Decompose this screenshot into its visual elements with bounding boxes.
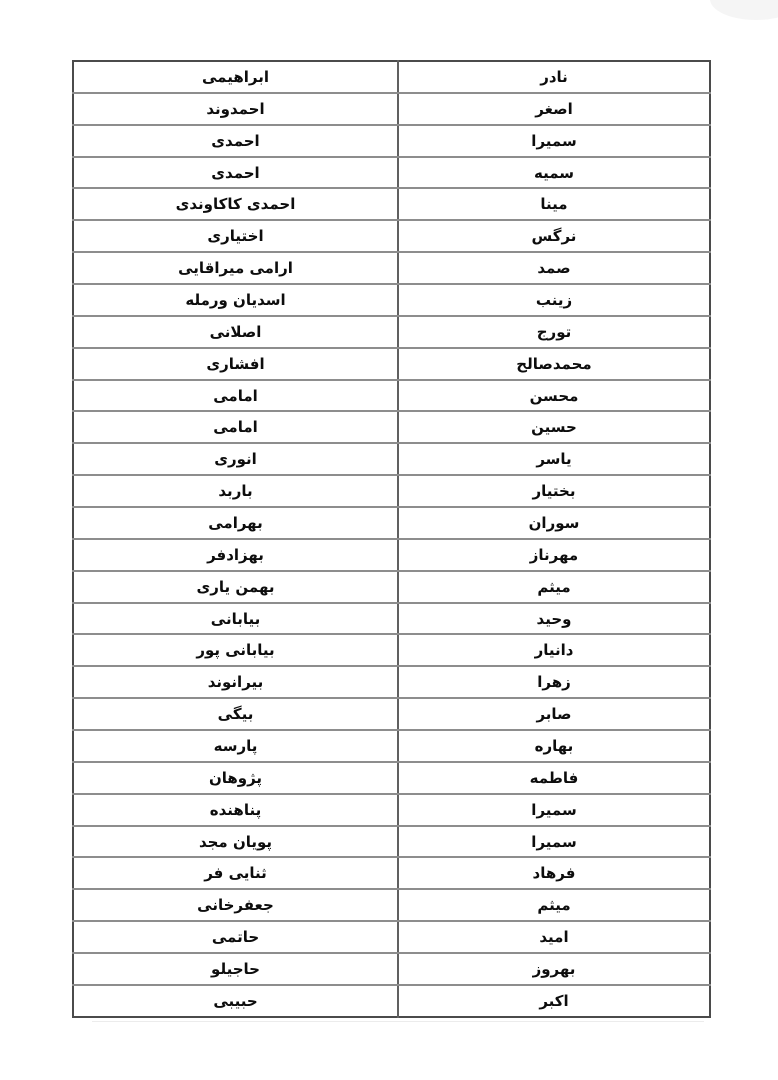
table-row: سمیراپویان مجد	[73, 826, 710, 858]
first-name-cell: حسین	[398, 411, 710, 443]
first-name-cell: میثم	[398, 889, 710, 921]
first-name-cell: مهرناز	[398, 539, 710, 571]
last-name-cell: پژوهان	[73, 762, 398, 794]
table-row: یاسرانوری	[73, 443, 710, 475]
table-row: امیدحاتمی	[73, 921, 710, 953]
first-name-cell: نرگس	[398, 220, 710, 252]
last-name-cell: پناهنده	[73, 794, 398, 826]
last-name-cell: امامی	[73, 380, 398, 412]
first-name-cell: محسن	[398, 380, 710, 412]
last-name-cell: افشاری	[73, 348, 398, 380]
first-name-cell: محمدصالح	[398, 348, 710, 380]
last-name-cell: بهمن یاری	[73, 571, 398, 603]
first-name-cell: زینب	[398, 284, 710, 316]
first-name-cell: فاطمه	[398, 762, 710, 794]
first-name-cell: بهاره	[398, 730, 710, 762]
last-name-cell: بهزادفر	[73, 539, 398, 571]
first-name-cell: سمیرا	[398, 794, 710, 826]
document-page: { "page": { "direction": "rtl", "languag…	[0, 0, 778, 1080]
last-name-cell: بیرانوند	[73, 666, 398, 698]
first-name-cell: دانیار	[398, 634, 710, 666]
table-row: حسینامامی	[73, 411, 710, 443]
table-row: فرهادثنایی فر	[73, 857, 710, 889]
last-name-cell: انوری	[73, 443, 398, 475]
first-name-cell: اصغر	[398, 93, 710, 125]
last-name-cell: ارامی میراقایی	[73, 252, 398, 284]
table-row: محسنامامی	[73, 380, 710, 412]
last-name-cell: اختیاری	[73, 220, 398, 252]
last-name-cell: بیابانی	[73, 603, 398, 635]
last-name-cell: احمدی	[73, 157, 398, 189]
first-name-cell: اکبر	[398, 985, 710, 1017]
table-row: اصغراحمدوند	[73, 93, 710, 125]
last-name-cell: باربد	[73, 475, 398, 507]
last-name-cell: بیگی	[73, 698, 398, 730]
table-row: وحیدبیابانی	[73, 603, 710, 635]
table-row: زهرابیرانوند	[73, 666, 710, 698]
table-row: نرگساختیاری	[73, 220, 710, 252]
last-name-cell: احمدی کاکاوندی	[73, 188, 398, 220]
last-name-cell: احمدی	[73, 125, 398, 157]
first-name-cell: مینا	[398, 188, 710, 220]
first-name-cell: وحید	[398, 603, 710, 635]
last-name-cell: حاجیلو	[73, 953, 398, 985]
first-name-cell: سمیه	[398, 157, 710, 189]
table-row: صابربیگی	[73, 698, 710, 730]
table-row: تورجاصلانی	[73, 316, 710, 348]
last-name-cell: حاتمی	[73, 921, 398, 953]
table-row: مینااحمدی کاکاوندی	[73, 188, 710, 220]
first-name-cell: صمد	[398, 252, 710, 284]
first-name-cell: یاسر	[398, 443, 710, 475]
last-name-cell: اصلانی	[73, 316, 398, 348]
last-name-cell: احمدوند	[73, 93, 398, 125]
first-name-cell: زهرا	[398, 666, 710, 698]
table-row: سمیهاحمدی	[73, 157, 710, 189]
table-row: محمدصالحافشاری	[73, 348, 710, 380]
table-row: میثمبهمن یاری	[73, 571, 710, 603]
table-row: نادرابراهیمی	[73, 61, 710, 93]
last-name-cell: بیابانی پور	[73, 634, 398, 666]
first-name-cell: صابر	[398, 698, 710, 730]
table-row: فاطمهپژوهان	[73, 762, 710, 794]
first-name-cell: بهروز	[398, 953, 710, 985]
last-name-cell: بهرامی	[73, 507, 398, 539]
page-edge-shadow	[92, 1021, 704, 1022]
names-table-body: نادرابراهیمیاصغراحمدوندسمیرااحمدیسمیهاحم…	[73, 61, 710, 1017]
first-name-cell: بختیار	[398, 475, 710, 507]
last-name-cell: جعفرخانی	[73, 889, 398, 921]
table-row: سمیراپناهنده	[73, 794, 710, 826]
last-name-cell: پویان مجد	[73, 826, 398, 858]
last-name-cell: حبیبی	[73, 985, 398, 1017]
first-name-cell: تورج	[398, 316, 710, 348]
first-name-cell: سوران	[398, 507, 710, 539]
first-name-cell: فرهاد	[398, 857, 710, 889]
first-name-cell: میثم	[398, 571, 710, 603]
table-row: صمدارامی میراقایی	[73, 252, 710, 284]
last-name-cell: ابراهیمی	[73, 61, 398, 93]
first-name-cell: سمیرا	[398, 125, 710, 157]
table-row: سمیرااحمدی	[73, 125, 710, 157]
table-row: اکبرحبیبی	[73, 985, 710, 1017]
last-name-cell: اسدیان ورمله	[73, 284, 398, 316]
table-row: بهروزحاجیلو	[73, 953, 710, 985]
first-name-cell: سمیرا	[398, 826, 710, 858]
last-name-cell: پارسه	[73, 730, 398, 762]
table-row: زینباسدیان ورمله	[73, 284, 710, 316]
names-table: نادرابراهیمیاصغراحمدوندسمیرااحمدیسمیهاحم…	[72, 60, 711, 1018]
first-name-cell: نادر	[398, 61, 710, 93]
first-name-cell: امید	[398, 921, 710, 953]
table-row: مهرنازبهزادفر	[73, 539, 710, 571]
last-name-cell: امامی	[73, 411, 398, 443]
table-row: میثمجعفرخانی	[73, 889, 710, 921]
last-name-cell: ثنایی فر	[73, 857, 398, 889]
table-row: سورانبهرامی	[73, 507, 710, 539]
corner-blob-shape	[710, 0, 778, 20]
table-row: بهارهپارسه	[73, 730, 710, 762]
table-row: بختیارباربد	[73, 475, 710, 507]
table-row: دانیاربیابانی پور	[73, 634, 710, 666]
